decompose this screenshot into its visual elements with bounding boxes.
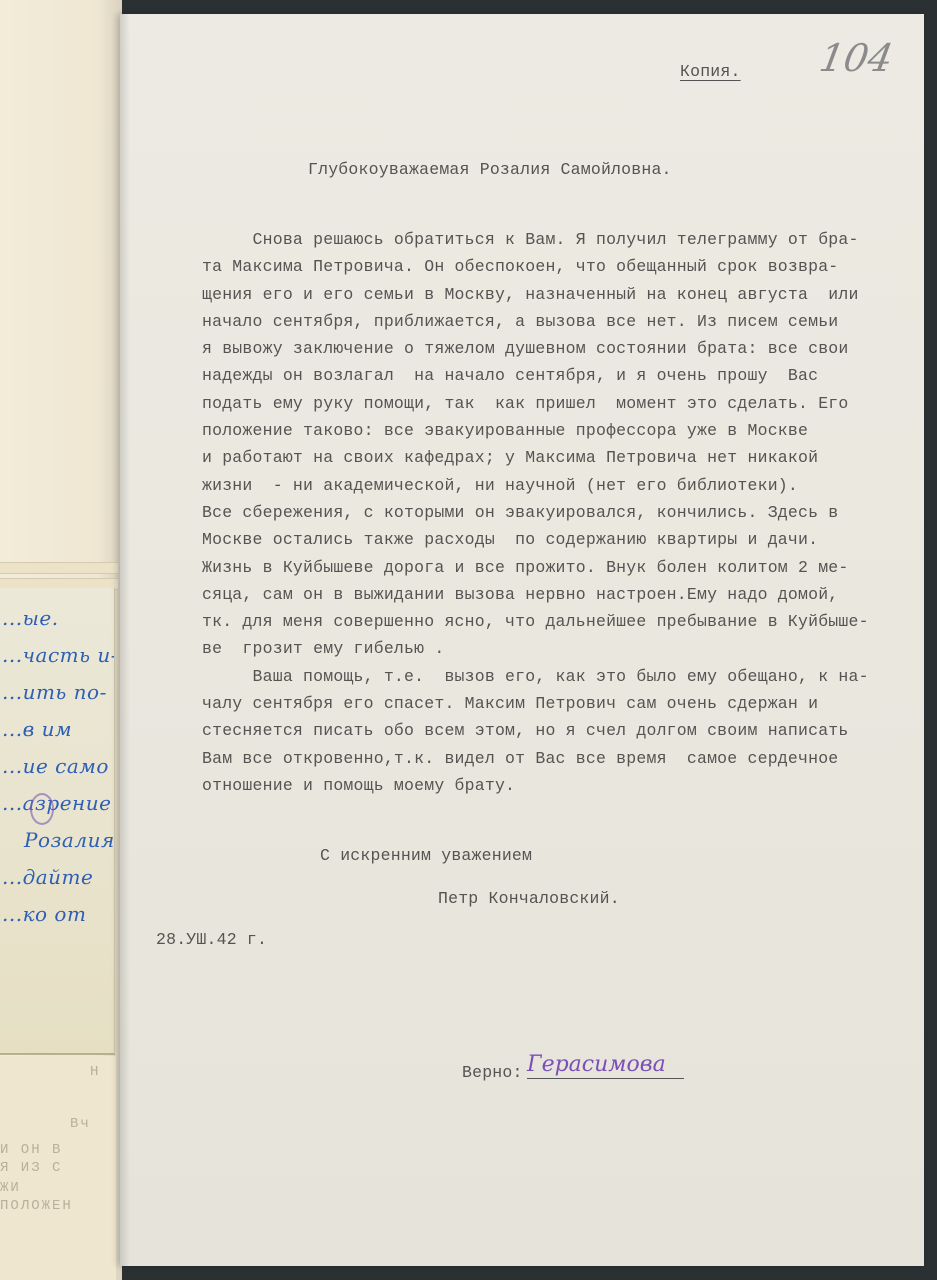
handwriting-line: ...ить по- xyxy=(2,680,107,704)
body-line: Москве остались также расходы по содержа… xyxy=(202,526,922,553)
letter-page: Копия. 104 Глубокоуважаемая Розалия Само… xyxy=(120,14,924,1266)
body-line: отношение и помощь моему брату. xyxy=(202,772,922,799)
salutation: Глубокоуважаемая Розалия Самойловна. xyxy=(308,160,672,179)
body-line: чалу сентября его спасет. Максим Петрови… xyxy=(202,690,922,717)
handwritten-note-fragment: ...ые. ...часть и- ...ить по- ...в им ..… xyxy=(0,588,115,1055)
body-line: Снова решаюсь обратиться к Вам. Я получи… xyxy=(202,226,922,253)
ghost-text: ПОЛОЖЕН xyxy=(0,1198,73,1214)
body-line: стесняется писать обо всем этом, но я сч… xyxy=(202,717,922,744)
body-line: положение таково: все эвакуированные про… xyxy=(202,417,922,444)
copy-label: Копия. xyxy=(680,62,741,81)
body-line: надежды он возлагал на начало сентября, … xyxy=(202,362,922,389)
body-line: Все сбережения, с которыми он эвакуирова… xyxy=(202,499,922,526)
body-line: Жизнь в Куйбышеве дорога и все прожито. … xyxy=(202,554,922,581)
letter-date: 28.УШ.42 г. xyxy=(156,930,267,949)
body-line: подать ему руку помощи, так как пришел м… xyxy=(202,390,922,417)
body-line: ве грозит ему гибелью . xyxy=(202,635,922,662)
ghost-text: Н xyxy=(90,1064,100,1080)
handwriting-line: ...ые. xyxy=(2,606,59,630)
body-line: щения его и его семьи в Москву, назначен… xyxy=(202,281,922,308)
body-line: сяца, сам он в выжидании вызова нервно н… xyxy=(202,581,922,608)
body-line: и работают на своих кафедрах; у Максима … xyxy=(202,444,922,471)
certifier-signature: Герасимова xyxy=(527,1052,684,1079)
body-line: Вам все откровенно,т.к. видел от Вас все… xyxy=(202,745,922,772)
ink-mark-icon xyxy=(30,793,54,825)
ghost-text: Вч xyxy=(70,1116,91,1132)
body-line: тк. для меня совершенно ясно, что дальне… xyxy=(202,608,922,635)
body-line: начало сентября, приближается, а вызова … xyxy=(202,308,922,335)
handwriting-line: ...в им xyxy=(2,717,72,741)
closing-phrase: С искренним уважением xyxy=(320,846,532,865)
sheet-edge-band xyxy=(0,562,118,574)
ghost-text: Я ИЗ С xyxy=(0,1160,62,1176)
handwriting-line: ...азрение xyxy=(2,791,111,815)
body-line: я вывожу заключение о тяжелом душевном с… xyxy=(202,335,922,362)
body-line: жизни - ни академической, ни научной (не… xyxy=(202,472,922,499)
signature-name: Петр Кончаловский. xyxy=(438,889,620,908)
underlying-typed-sheet: Н Вч И ОН В Я ИЗ С ЖИ ПОЛОЖЕН xyxy=(0,1056,116,1280)
handwriting-line: ...ко от xyxy=(2,902,86,926)
handwriting-line: ...часть и- xyxy=(2,643,115,667)
certified-label: Верно: xyxy=(462,1063,523,1082)
handwriting-line: ...дайте xyxy=(2,865,93,889)
ghost-text: И ОН В xyxy=(0,1142,62,1158)
handwriting-line: ...ие само xyxy=(2,754,109,778)
letter-body: Снова решаюсь обратиться к Вам. Я получи… xyxy=(202,226,922,799)
handwriting-line: Розалия xyxy=(24,828,115,852)
body-line: та Максима Петровича. Он обеспокоен, что… xyxy=(202,253,922,280)
folio-number: 104 xyxy=(816,36,896,80)
body-line: Ваша помощь, т.е. вызов его, как это был… xyxy=(202,663,922,690)
ghost-text: ЖИ xyxy=(0,1180,21,1196)
